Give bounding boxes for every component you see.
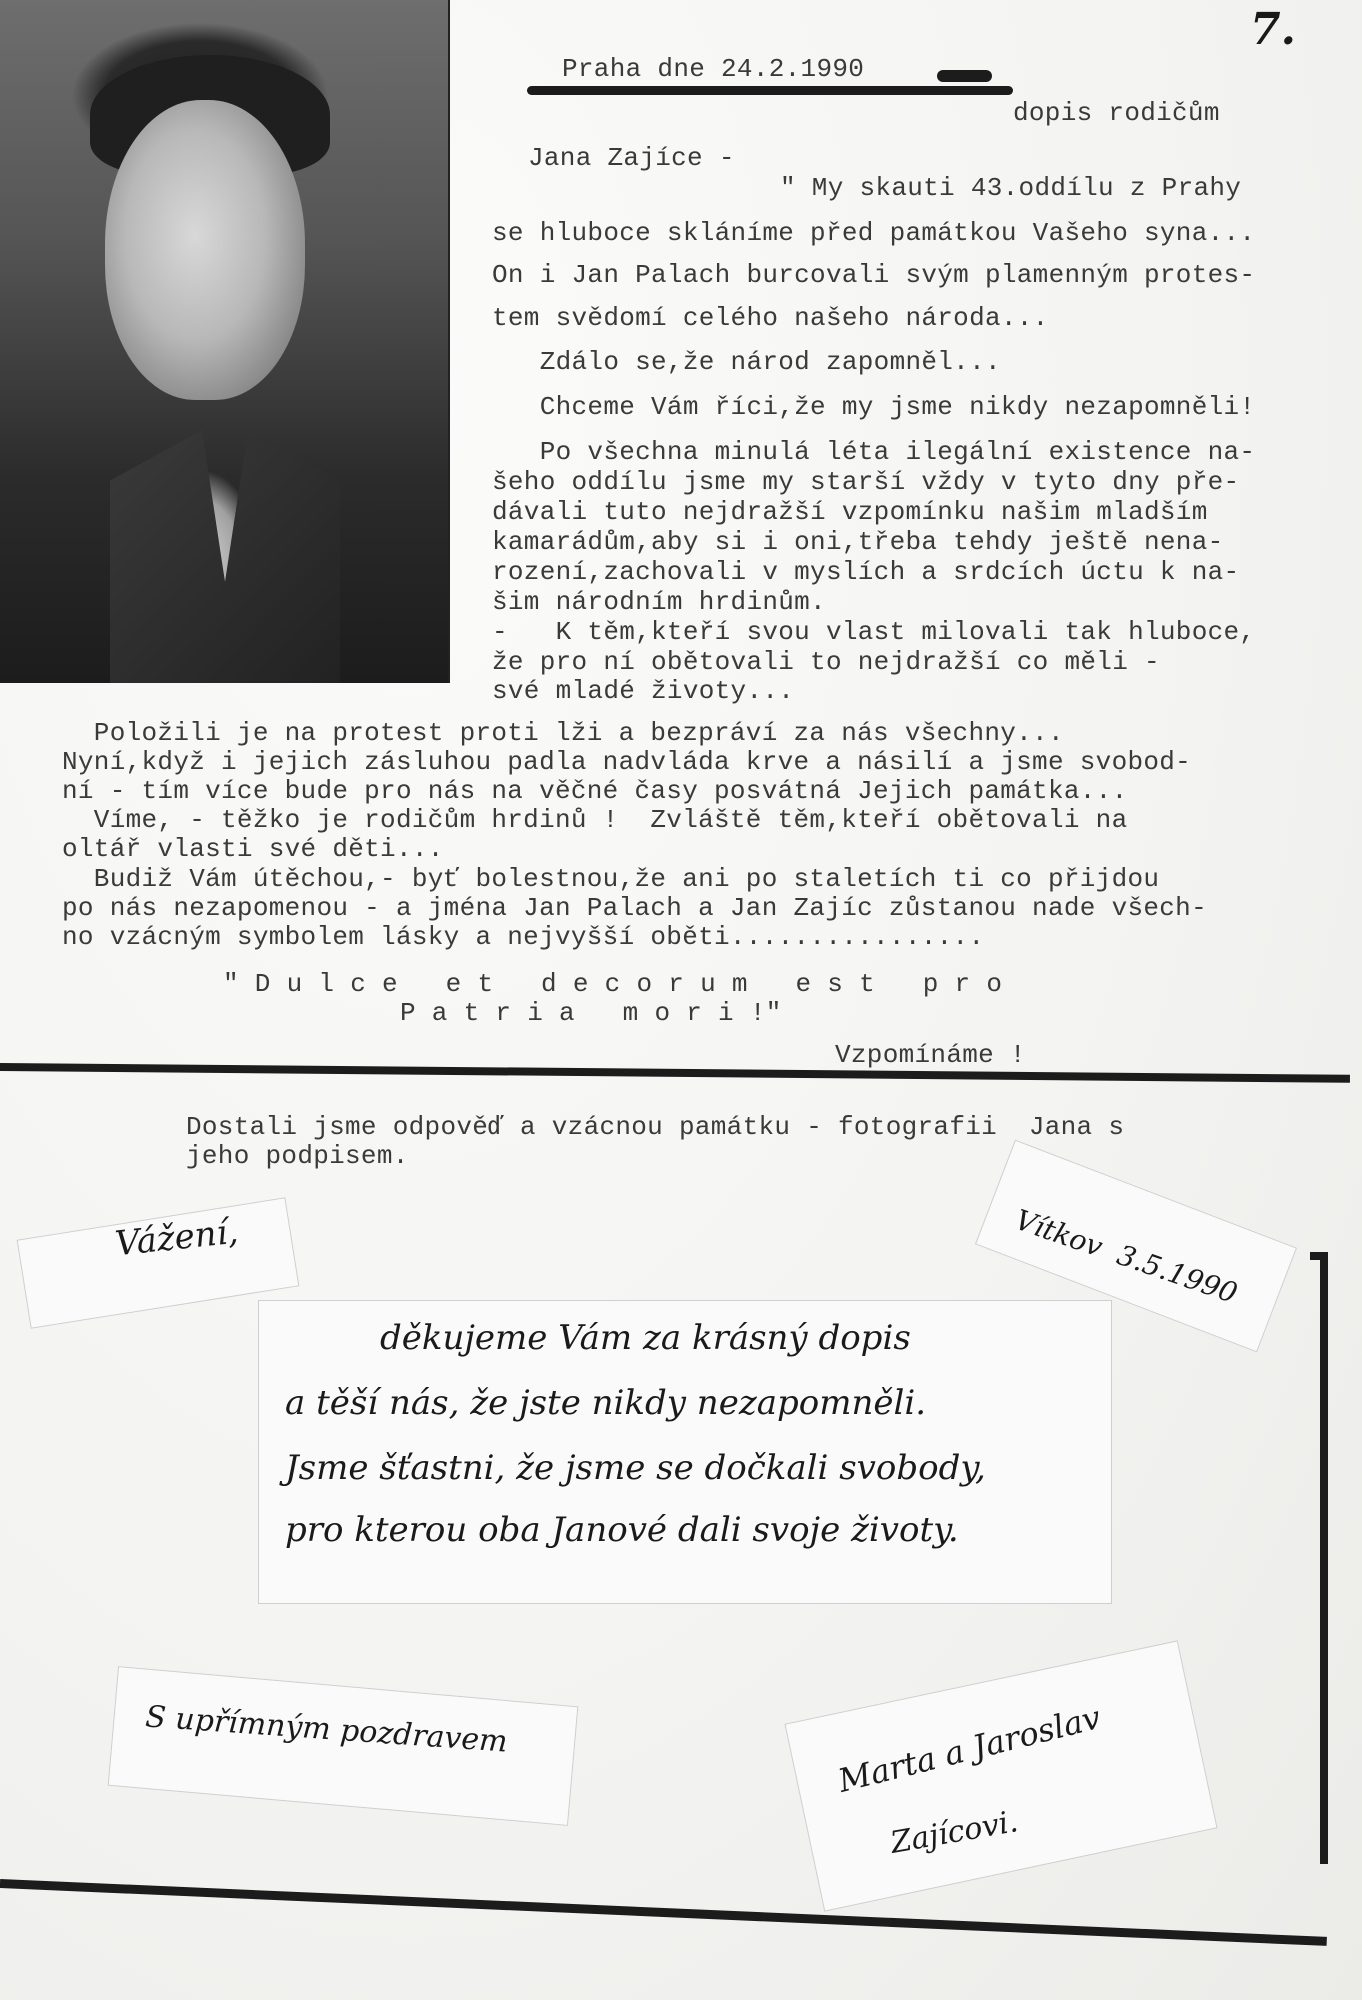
letter-line: Po všechna minulá léta ilegální existenc… (492, 437, 1255, 467)
letter-line: no vzácným symbolem lásky a nejvyšší obě… (62, 922, 984, 952)
reply-body-line: Jsme šťastni, že jsme se dočkali svobody… (285, 1448, 986, 1488)
letter-line: Budiž Vám útěchou,- byť bolestnou,že ani… (62, 864, 1159, 894)
letter-line: dávali tuto nejdražší vzpomínku našim ml… (492, 497, 1208, 527)
scrapbook-page: 7. Praha dne 24.2.1990 dopis rodičům Jan… (0, 0, 1362, 2000)
letter-line: rození,zachovali v myslích a srdcích úct… (492, 557, 1239, 587)
section-divider (0, 1063, 1350, 1083)
photo-face (105, 100, 305, 400)
letter-recipient-1: dopis rodičům (1013, 98, 1220, 128)
letter-line: své mladé životy... (492, 676, 794, 706)
photo-collar (110, 430, 340, 683)
note-line: Dostali jsme odpověď a vzácnou památku -… (186, 1112, 1124, 1142)
date-dash (937, 70, 992, 82)
frame-bottom (0, 1879, 1327, 1946)
letter-line: po nás nezapomenou - a jména Jan Palach … (62, 893, 1207, 923)
portrait-photo (0, 0, 450, 683)
letter-recipient-2: Jana Zajíce - (528, 143, 735, 173)
page-number: 7. (1250, 4, 1296, 55)
letter-line: se hluboce skláníme před památkou Vašeho… (492, 218, 1255, 248)
letter-line: " My skauti 43.oddílu z Prahy (780, 173, 1241, 203)
salutation-clipping (17, 1197, 300, 1328)
letter-line: ní - tím více bude pro nás na věčné časy… (62, 776, 1127, 806)
reply-body-line: a těší nás, že jste nikdy nezapomněli. (285, 1383, 926, 1423)
letter-line: oltář vlasti své děti... (62, 834, 444, 864)
frame-right (1320, 1254, 1328, 1864)
letter-line: Zdálo se,že národ zapomněl... (492, 347, 1001, 377)
letter-line: šeho oddílu jsme my starší vždy v tyto d… (492, 467, 1239, 497)
frame-top-tick (1310, 1252, 1328, 1260)
letter-line: Nyní,když i jejich zásluhou padla nadvlá… (62, 747, 1191, 777)
motto-line-2: P a t r i a m o r i !" (400, 998, 782, 1028)
letter-line: šim národním hrdinům. (492, 587, 826, 617)
letter-line: Chceme Vám říci,že my jsme nikdy nezapom… (492, 392, 1255, 422)
letter-line: kamarádům,aby si i oni,třeba tehdy ještě… (492, 527, 1224, 557)
letter-line: Víme, - těžko je rodičům hrdinů ! Zvlášt… (62, 805, 1127, 835)
letter-closing: Vzpomínáme ! (835, 1040, 1026, 1070)
letter-line: tem svědomí celého našeho národa... (492, 303, 1049, 333)
letter-date: Praha dne 24.2.1990 (562, 54, 864, 84)
letter-line: že pro ní obětovali to nejdražší co měli… (492, 647, 1160, 677)
reply-body-line: pro kterou oba Janové dali svoje životy. (285, 1510, 959, 1550)
note-line: jeho podpisem. (186, 1141, 409, 1171)
letter-line: Položili je na protest proti lži a bezpr… (62, 718, 1064, 748)
reply-body-line: děkujeme Vám za krásný dopis (380, 1318, 911, 1358)
motto-line-1: " D u l c e e t d e c o r u m e s t p r … (223, 969, 1002, 999)
letter-line: - K těm,kteří svou vlast milovali tak hl… (492, 617, 1255, 647)
letter-line: On i Jan Palach burcovali svým plamenným… (492, 260, 1255, 290)
date-underline (527, 86, 1013, 95)
